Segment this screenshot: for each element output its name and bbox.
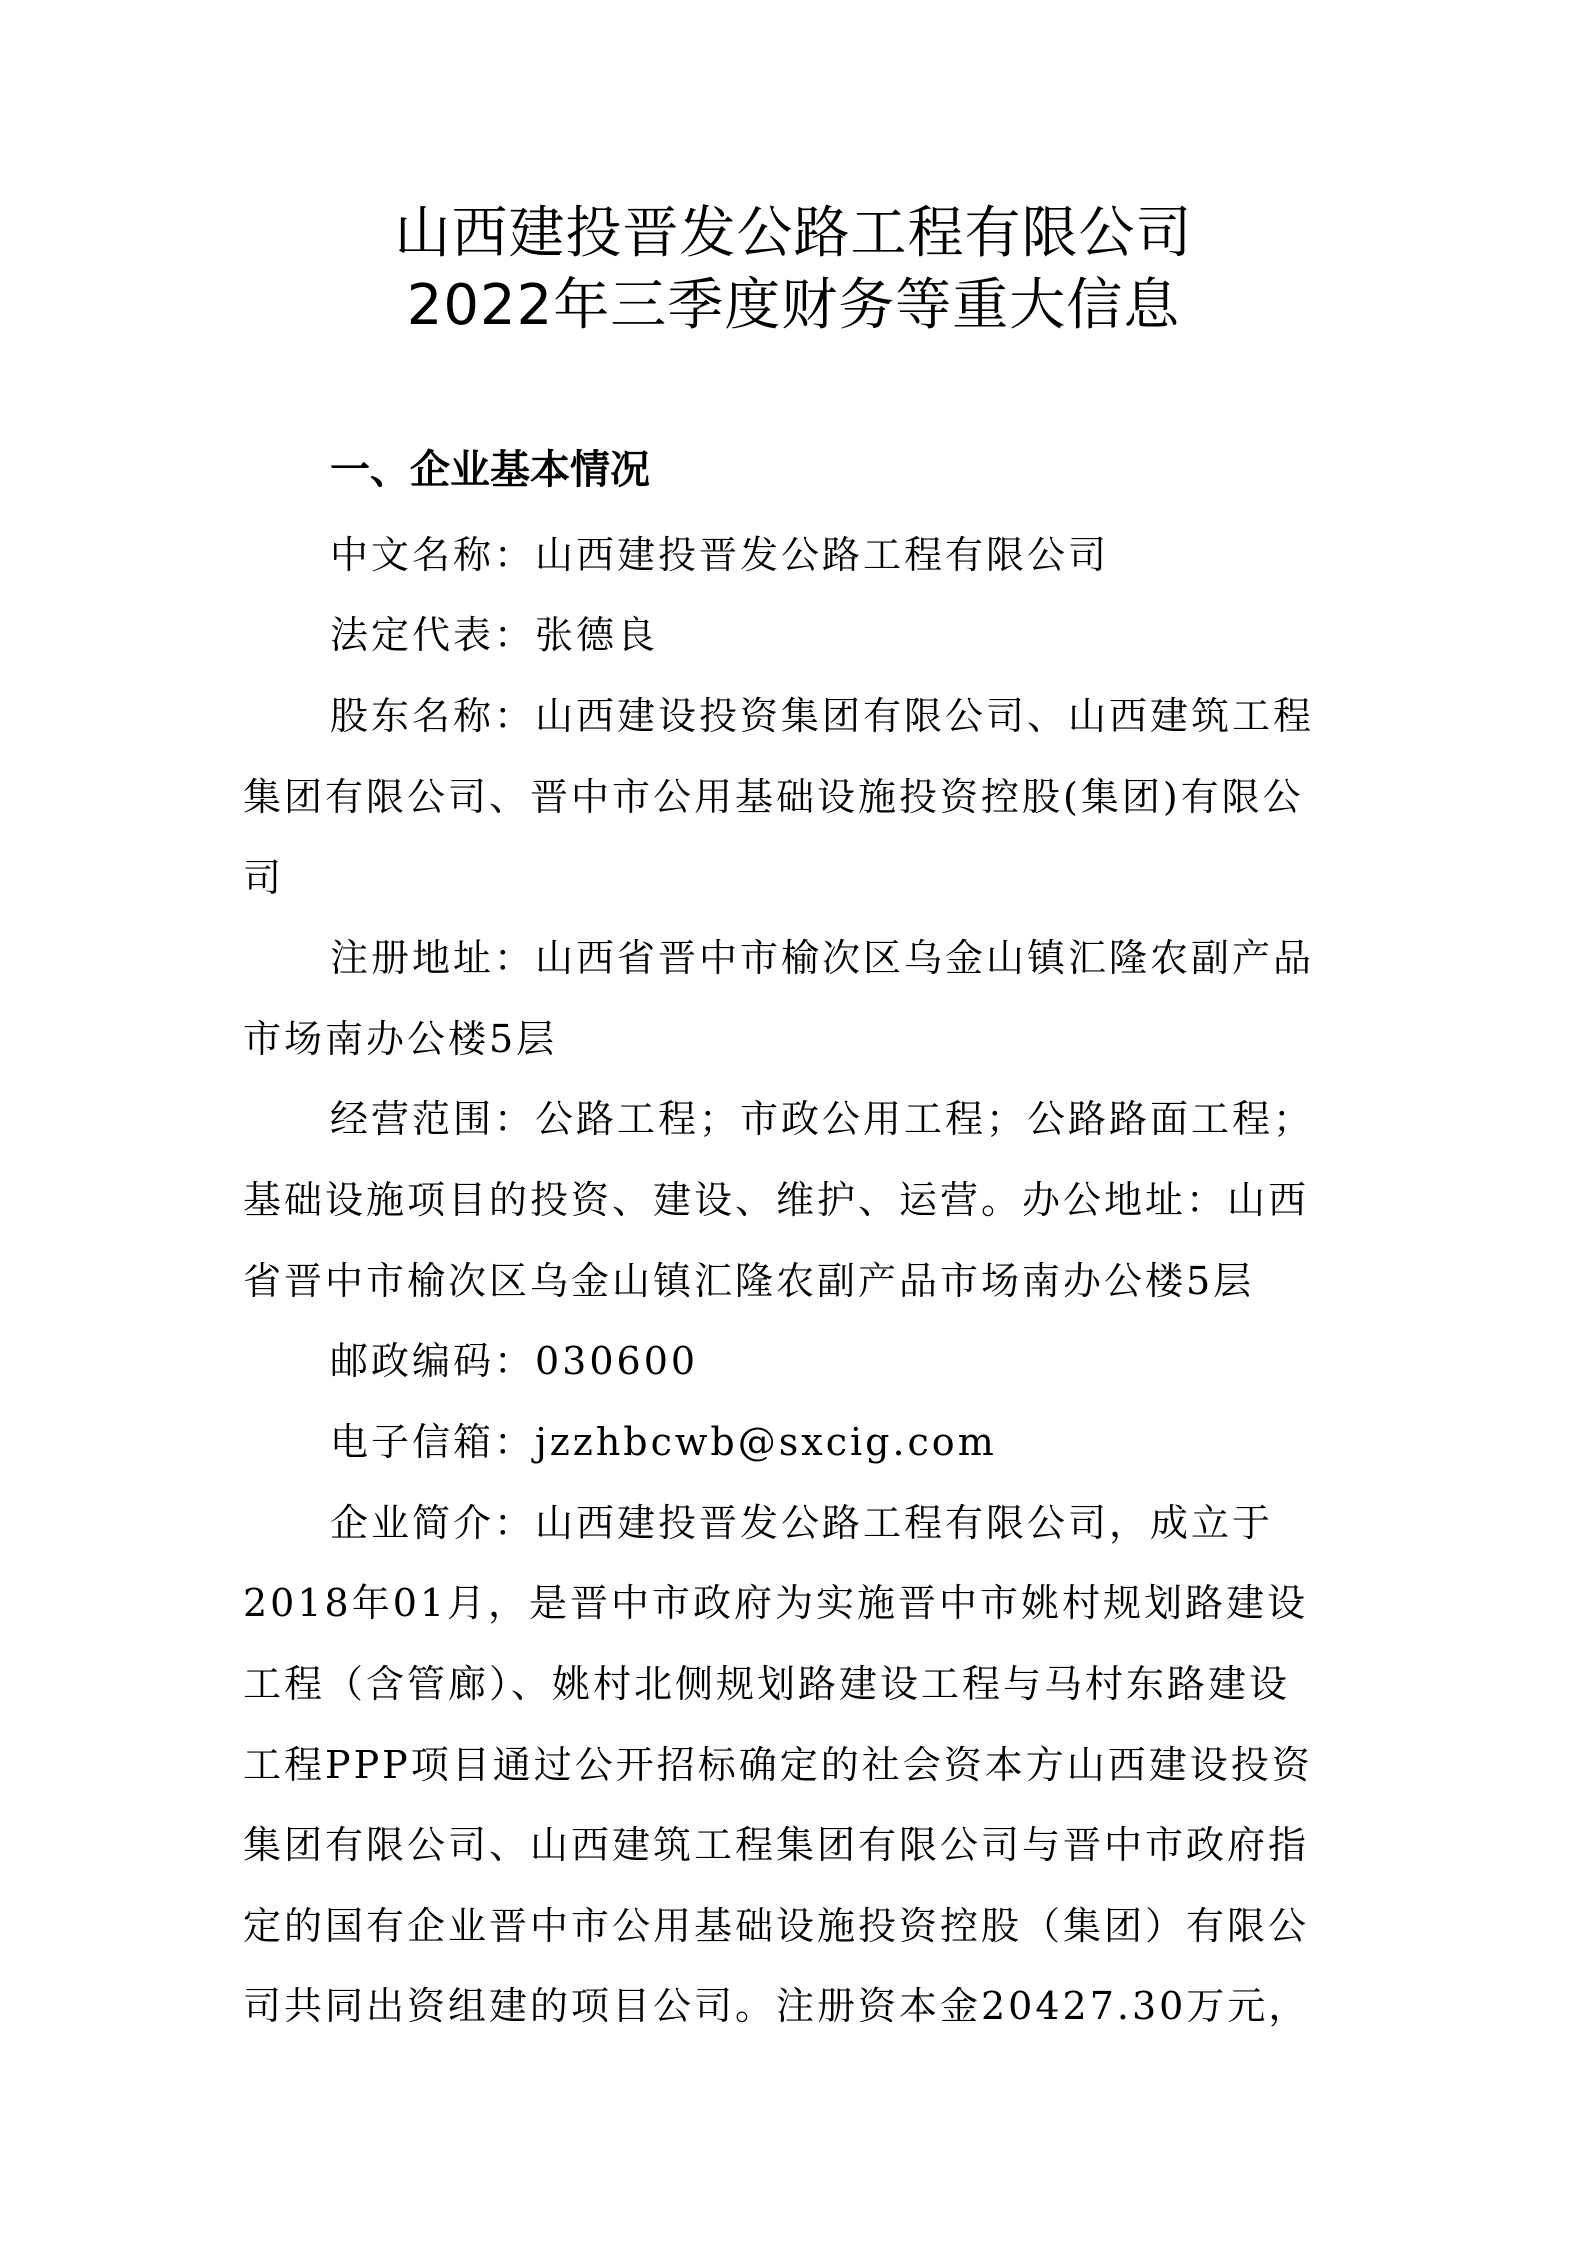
line-registered-address-2: 市场南办公楼5层: [243, 1012, 557, 1066]
document-page: 山西建投晋发公路工程有限公司 2022年三季度财务等重大信息 一、企业基本情况 …: [0, 0, 1587, 2245]
line-profile-6: 定的国有企业晋中市公用基础设施投资控股（集团）有限公: [243, 1899, 1309, 1953]
line-chinese-name: 中文名称：山西建投晋发公路工程有限公司: [330, 528, 1109, 582]
line-profile-5: 集团有限公司、山西建筑工程集团有限公司与晋中市政府指: [243, 1818, 1309, 1872]
line-profile-4: 工程PPP项目通过公开招标确定的社会资本方山西建设投资: [243, 1738, 1313, 1792]
title-line-company: 山西建投晋发公路工程有限公司: [0, 198, 1587, 270]
line-registered-address-1: 注册地址：山西省晋中市榆次区乌金山镇汇隆农副产品: [330, 931, 1314, 985]
line-email: 电子信箱：jzzhbcwb@sxcig.com: [330, 1415, 997, 1469]
section-heading-basic-info: 一、企业基本情况: [330, 443, 650, 497]
line-business-scope-2: 基础设施项目的投资、建设、维护、运营。办公地址：山西: [243, 1173, 1309, 1227]
line-profile-1: 企业简介：山西建投晋发公路工程有限公司，成立于: [330, 1496, 1273, 1550]
line-postal-code: 邮政编码：030600: [330, 1334, 698, 1388]
line-profile-3: 工程（含管廊）、姚村北侧规划路建设工程与马村东路建设: [243, 1657, 1290, 1711]
document-title: 山西建投晋发公路工程有限公司 2022年三季度财务等重大信息: [0, 198, 1587, 342]
line-legal-representative: 法定代表：张德良: [330, 608, 658, 662]
line-office-address: 省晋中市榆次区乌金山镇汇隆农副产品市场南办公楼5层: [243, 1254, 1254, 1308]
title-line-report: 2022年三季度财务等重大信息: [0, 270, 1587, 342]
line-shareholders-3: 司: [243, 851, 284, 905]
line-shareholders-1: 股东名称：山西建设投资集团有限公司、山西建筑工程: [330, 689, 1314, 743]
line-profile-2: 2018年01月，是晋中市政府为实施晋中市姚村规划路建设: [243, 1576, 1308, 1630]
line-business-scope-1: 经营范围：公路工程；市政公用工程；公路路面工程；: [330, 1092, 1314, 1146]
line-profile-7: 司共同出资组建的项目公司。注册资本金20427.30万元，: [243, 1979, 1309, 2033]
line-shareholders-2: 集团有限公司、晋中市公用基础设施投资控股(集团)有限公: [243, 770, 1304, 824]
